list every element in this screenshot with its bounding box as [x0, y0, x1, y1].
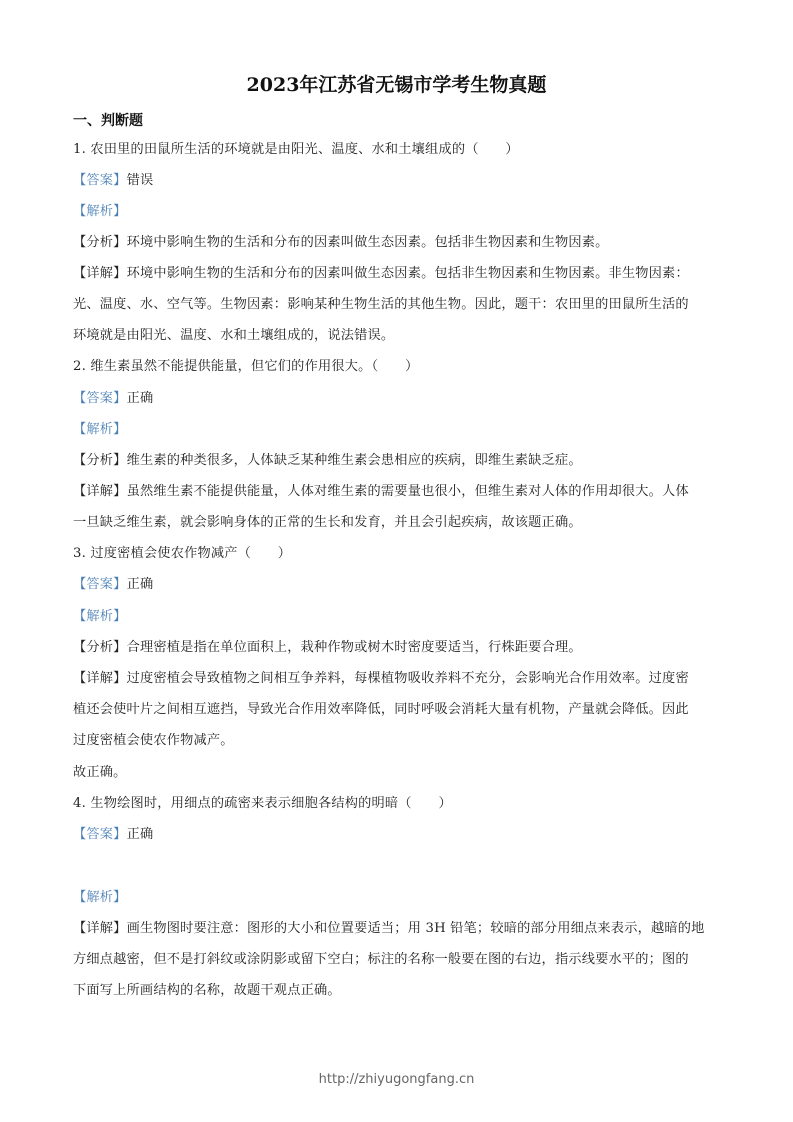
question-3-detail-line-3: 过度密植会使农作物减产。 — [73, 733, 234, 749]
answer-label: 【答案】 — [73, 577, 127, 592]
answer-label: 【答案】 — [73, 827, 127, 842]
question-3-detail-line-4: 故正确。 — [73, 765, 127, 781]
question-3-explain-label: 【解析】 — [73, 609, 127, 625]
question-2-stem: 2. 维生素虽然不能提供能量，但它们的作用很大。（ ） — [73, 359, 418, 375]
question-1-answer: 【答案】错误 — [73, 173, 153, 189]
question-1-stem: 1. 农田里的田鼠所生活的环境就是由阳光、温度、水和土壤组成的（ ） — [73, 142, 519, 158]
analysis-label: 【分析】 — [73, 235, 127, 250]
answer-label: 【答案】 — [73, 391, 127, 406]
question-3-answer: 【答案】正确 — [73, 577, 153, 593]
detail-label: 【详解】 — [73, 921, 127, 936]
question-2-answer: 【答案】正确 — [73, 391, 153, 407]
detail-text: 过度密植会导致植物之间相互争养料，每棵植物吸收养料不充分，会影响光合作用效率。过… — [127, 671, 689, 686]
question-3-detail-line-1: 【详解】过度密植会导致植物之间相互争养料，每棵植物吸收养料不充分，会影响光合作用… — [73, 671, 689, 687]
analysis-text: 环境中影响生物的生活和分布的因素叫做生态因素。包括非生物因素和生物因素。 — [127, 235, 609, 250]
question-3-stem: 3. 过度密植会使农作物减产（ ） — [73, 546, 291, 562]
page-title: 2023年江苏省无锡市学考生物真题 — [0, 70, 793, 97]
analysis-label: 【分析】 — [73, 453, 127, 468]
question-4-detail-line-1: 【详解】画生物图时要注意：图形的大小和位置要适当；用 3H 铅笔；较暗的部分用细… — [73, 921, 705, 937]
detail-label: 【详解】 — [73, 484, 127, 499]
question-2-detail-line-1: 【详解】虽然维生素不能提供能量，人体对维生素的需要量也很小，但维生素对人体的作用… — [73, 484, 689, 500]
question-1-detail-line-3: 环境就是由阳光、温度、水和土壤组成的，说法错误。 — [73, 328, 394, 344]
question-1-explain-label: 【解析】 — [73, 204, 127, 220]
detail-label: 【详解】 — [73, 266, 127, 281]
question-3-detail-line-2: 植还会使叶片之间相互遮挡，导致光合作用效率降低，同时呼吸会消耗大量有机物，产量就… — [73, 702, 689, 718]
question-4-answer: 【答案】正确 — [73, 827, 153, 843]
question-2-detail-line-2: 一旦缺乏维生素，就会影响身体的正常的生长和发育，并且会引起疾病，故该题正确。 — [73, 515, 582, 531]
analysis-label: 【分析】 — [73, 640, 127, 655]
analysis-text: 合理密植是指在单位面积上，栽种作物或树木时密度要适当，行株距要合理。 — [127, 640, 582, 655]
detail-text: 画生物图时要注意：图形的大小和位置要适当；用 3H 铅笔；较暗的部分用细点来表示… — [127, 921, 705, 936]
question-4-detail-line-3: 下面写上所画结构的名称，故题干观点正确。 — [73, 983, 341, 999]
section-heading: 一、判断题 — [73, 110, 143, 130]
question-4-detail-line-2: 方细点越密，但不是打斜纹或涂阴影或留下空白；标注的名称一般要在图的右边，指示线要… — [73, 952, 689, 968]
question-1-analysis: 【分析】环境中影响生物的生活和分布的因素叫做生态因素。包括非生物因素和生物因素。 — [73, 235, 609, 251]
question-1-detail-line-2: 光、温度、水、空气等。生物因素：影响某种生物生活的其他生物。因此，题干：农田里的… — [73, 297, 689, 313]
question-2-analysis: 【分析】维生素的种类很多，人体缺乏某种维生素会患相应的疾病，即维生素缺乏症。 — [73, 453, 582, 469]
analysis-text: 维生素的种类很多，人体缺乏某种维生素会患相应的疾病，即维生素缺乏症。 — [127, 453, 582, 468]
answer-label: 【答案】 — [73, 173, 127, 188]
question-1-detail-line-1: 【详解】环境中影响生物的生活和分布的因素叫做生态因素。包括非生物因素和生物因素。… — [73, 266, 689, 282]
answer-value: 错误 — [127, 173, 154, 188]
answer-value: 正确 — [127, 827, 154, 842]
question-4-stem: 4. 生物绘图时，用细点的疏密来表示细胞各结构的明暗（ ） — [73, 796, 452, 812]
detail-text: 虽然维生素不能提供能量，人体对维生素的需要量也很小，但维生素对人体的作用却很大。… — [127, 484, 689, 499]
detail-text: 环境中影响生物的生活和分布的因素叫做生态因素。包括非生物因素和生物因素。非生物因… — [127, 266, 689, 281]
answer-value: 正确 — [127, 391, 154, 406]
question-2-explain-label: 【解析】 — [73, 422, 127, 438]
answer-value: 正确 — [127, 577, 154, 592]
question-3-analysis: 【分析】合理密植是指在单位面积上，栽种作物或树木时密度要适当，行株距要合理。 — [73, 640, 582, 656]
detail-label: 【详解】 — [73, 671, 127, 686]
question-4-explain-label: 【解析】 — [73, 890, 127, 906]
footer-url[interactable]: http://zhiyugongfang.cn — [0, 1072, 793, 1087]
